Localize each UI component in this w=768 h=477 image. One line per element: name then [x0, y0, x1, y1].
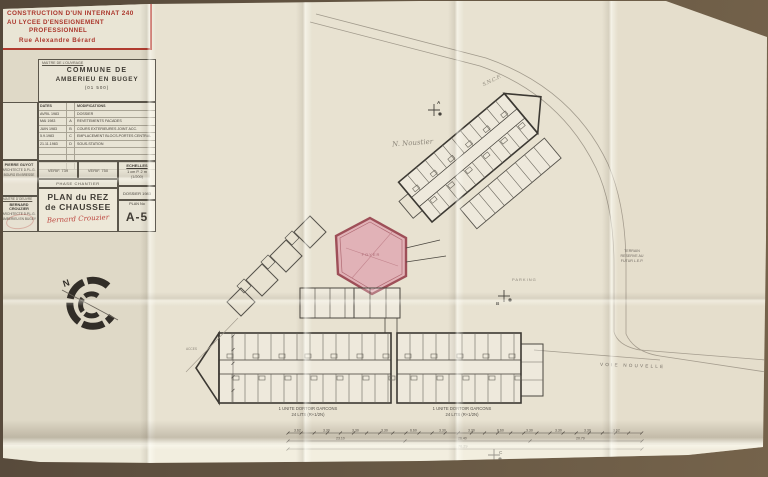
- scale-box: ECHELLES 1 cm P. 2 m (1/200): [118, 161, 156, 186]
- svg-text:3.30: 3.30: [584, 429, 591, 433]
- col-modifications: MODIFICATIONS: [75, 103, 155, 110]
- svg-text:70.29: 70.29: [458, 445, 468, 449]
- plan-title-box: PLAN du REZ de CHAUSSEE Bernard Crouzier: [38, 188, 118, 232]
- north-label: N: [62, 277, 71, 289]
- scan-photo-background: 3.623.303.303.306.603.303.306.603.303.30…: [0, 0, 768, 477]
- phase-label: PHASE CHANTIER: [38, 179, 118, 188]
- scale-label: ECHELLES: [119, 163, 155, 168]
- owner-label: MAITRE DE L'OUVRAGE: [39, 61, 155, 65]
- svg-text:3.30: 3.30: [381, 429, 388, 433]
- svg-text:3.30: 3.30: [439, 429, 446, 433]
- blank-cell: [0, 102, 38, 160]
- hexagon-hall: [336, 218, 406, 294]
- dormitory-wing-northeast: [389, 77, 579, 256]
- mod-row: JUIN 1983BCOURS EXTERIEURES JOINT ACC.: [39, 126, 155, 133]
- svg-text:26.40: 26.40: [458, 437, 467, 441]
- svg-text:6.60: 6.60: [497, 429, 504, 433]
- maitre-oeuvre-label: MAITRE D'OEUVRE: [1, 197, 37, 201]
- owner-line3: (01 500): [39, 85, 155, 90]
- col-dates: DATES: [39, 103, 67, 110]
- mod-row: 5.9.1983CEMPLACEMENT BLOCS-PORTES CENTRA…: [39, 133, 155, 140]
- svg-text:3.30: 3.30: [468, 429, 475, 433]
- plan-title-line2: de CHAUSSEE: [39, 202, 117, 212]
- svg-text:23.10: 23.10: [336, 437, 345, 441]
- plan-title-line1: PLAN du REZ: [39, 192, 117, 202]
- plan-no-value: A-5: [119, 210, 155, 224]
- plan-sheet: 3.623.303.303.306.603.303.306.603.303.30…: [0, 0, 768, 477]
- svg-text:3.30: 3.30: [555, 429, 562, 433]
- modifications-table: DATES MODIFICATIONS AVRIL 1983DOSSIER MA…: [38, 102, 156, 161]
- svg-text:20.79: 20.79: [576, 437, 585, 441]
- plan-no-label: PLAN No: [119, 202, 155, 206]
- verif-cell-2: VERIF. 750: [78, 161, 118, 179]
- owner-box: MAITRE DE L'OUVRAGE COMMUNE DE AMBERIEU …: [38, 59, 156, 102]
- mod-row: AVRIL 1983DOSSIER: [39, 111, 155, 118]
- owner-line1: COMMUNE DE: [39, 67, 155, 74]
- svg-text:6.60: 6.60: [410, 429, 417, 433]
- architect-signature: Bernard Crouzier: [39, 213, 117, 225]
- svg-text:3.62: 3.62: [613, 429, 620, 433]
- plan-number-box: PLAN No A-5: [118, 200, 156, 232]
- dossier-cell: DOSSIER 1983: [118, 186, 156, 200]
- mod-row-empty: [39, 148, 155, 155]
- east-annex: [521, 344, 543, 396]
- architect2-name: BERNARD CROUZIER: [1, 203, 37, 211]
- modifications-header: DATES MODIFICATIONS: [39, 103, 155, 111]
- svg-text:3.30: 3.30: [352, 429, 359, 433]
- architect-guyot-cell: PIERRE GUYOT ARCHITECTE D.P.L.G. BOURG E…: [0, 160, 38, 196]
- verif-cell-1: VERIF. 739: [38, 161, 78, 179]
- architect1-name: PIERRE GUYOT: [1, 163, 37, 167]
- mod-row: MAI 1983AREVETEMENTS FACADES: [39, 118, 155, 125]
- mod-row: 21.11.1983DSOUS-STATION: [39, 141, 155, 148]
- svg-text:3.62: 3.62: [294, 429, 301, 433]
- owner-line2: AMBERIEU EN BUGEY: [39, 76, 155, 83]
- svg-text:3.30: 3.30: [526, 429, 533, 433]
- west-wing-chevron: [196, 333, 219, 403]
- north-compass-icon: N: [56, 272, 126, 338]
- svg-text:3.30: 3.30: [323, 429, 330, 433]
